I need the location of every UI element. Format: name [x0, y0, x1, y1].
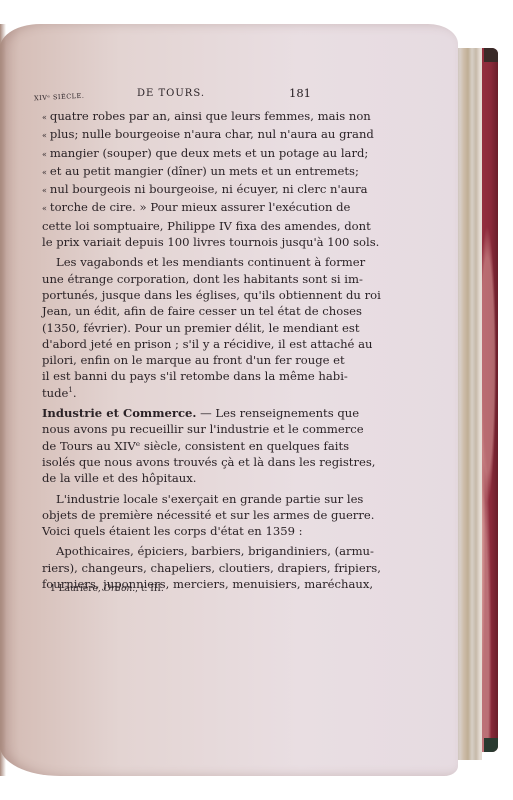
text-line: «mangier (souper) que deux mets et un po…	[42, 145, 307, 163]
text-line: il est banni du pays s'il retombe dans l…	[42, 368, 307, 384]
vagabonds-paragraph: Les vagabonds et les mendiants continuen…	[42, 254, 307, 401]
industry-section: Industrie et Commerce. — Les renseigneme…	[42, 405, 307, 486]
page-text: XIVᵉ SIÈCLE. DE TOURS. 181 «quatre robes…	[42, 86, 307, 592]
text-line: Voici quels étaient les corps d'état en …	[42, 523, 307, 539]
text-line: pilori, enfin on le marque au front d'un…	[42, 352, 307, 368]
continuation-paragraph: cette loi somptuaire, Philippe IV fixa d…	[42, 218, 307, 251]
footnote-number: 1	[50, 584, 56, 594]
text-line: d'abord jeté en prison ; s'il y a récidi…	[42, 336, 307, 352]
text-line: objets de première nécessité et sur les …	[42, 507, 307, 523]
footnote-rest: , t. III.	[135, 584, 164, 594]
text-line: L'industrie locale s'exerçait en grande …	[42, 491, 307, 507]
running-head-center: DE TOURS.	[137, 86, 205, 102]
text-line: Jean, un édit, afin de faire cesser un t…	[42, 303, 307, 319]
text-line: «nul bourgeois ni bourgeoise, ni écuyer,…	[42, 181, 307, 199]
footnote-ref: 1	[68, 386, 72, 394]
text-line: cette loi somptuaire, Philippe IV fixa d…	[42, 218, 307, 234]
book-photo: XIVᵉ SIÈCLE. DE TOURS. 181 «quatre robes…	[0, 0, 513, 800]
text-line: riers), changeurs, chapeliers, cloutiers…	[42, 560, 307, 576]
text-line: Apothicaires, épiciers, barbiers, brigan…	[42, 543, 307, 559]
text-line: «quatre robes par an, ainsi que leurs fe…	[42, 108, 307, 126]
text-line: le prix variait depuis 100 livres tourno…	[42, 234, 307, 250]
cover-corner-bottom	[484, 738, 498, 752]
quote-paragraph: «quatre robes par an, ainsi que leurs fe…	[42, 108, 307, 218]
footnote: 1 Laurière, Ordon., t. III.	[50, 584, 164, 594]
text-line: «et au petit mangier (dîner) un mets et …	[42, 163, 307, 181]
text-line: de la ville et des hôpitaux.	[42, 470, 307, 486]
text-line: de Tours au XIVᵉ siècle, consistent en q…	[42, 438, 307, 454]
industry-paragraph: L'industrie locale s'exerçait en grande …	[42, 491, 307, 540]
section-heading: Industrie et Commerce.	[42, 406, 196, 420]
text-line: tude1.	[42, 385, 307, 401]
text-line: une étrange corporation, dont les habita…	[42, 271, 307, 287]
running-head: XIVᵉ SIÈCLE. DE TOURS. 181	[42, 86, 307, 104]
text-line: Industrie et Commerce. — Les renseigneme…	[42, 405, 307, 421]
footnote-title: Ordon.	[104, 584, 136, 594]
text-line: Les vagabonds et les mendiants continuen…	[42, 254, 307, 270]
text-line: «plus; nulle bourgeoise n'aura char, nul…	[42, 126, 307, 144]
text-line: portunés, jusque dans les églises, qu'il…	[42, 287, 307, 303]
text-line: nous avons pu recueillir sur l'industrie…	[42, 421, 307, 437]
text-line: «torche de cire. » Pour mieux assurer l'…	[42, 199, 307, 217]
page-number: 181	[289, 85, 311, 101]
running-head-left: XIVᵉ SIÈCLE.	[34, 88, 85, 107]
footnote-author: Laurière,	[59, 584, 101, 594]
cover-corner-top	[484, 48, 498, 62]
text-line: isolés que nous avons trouvés çà et là d…	[42, 454, 307, 470]
text-line: (1350, février). Pour un premier délit, …	[42, 320, 307, 336]
